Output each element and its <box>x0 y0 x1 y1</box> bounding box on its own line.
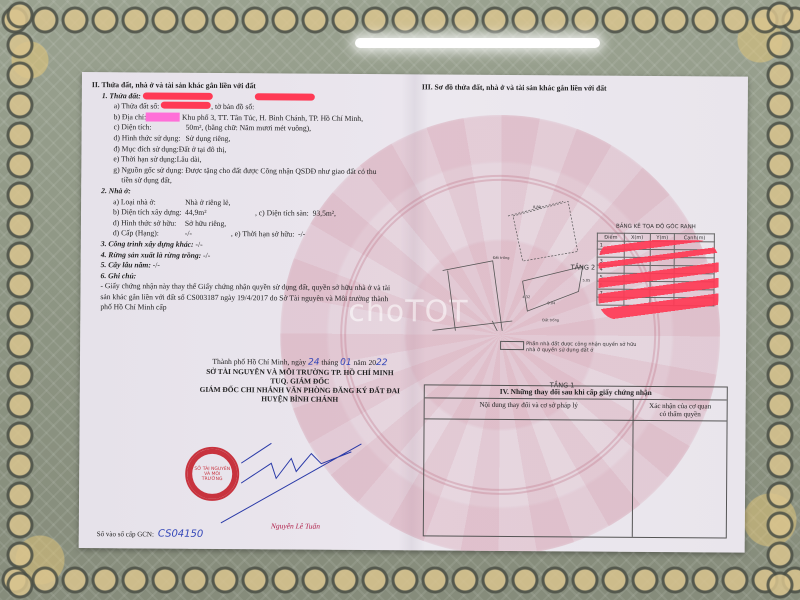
land-certificate: II. Thửa đất, nhà ở và tài sản khác gắn … <box>79 72 748 553</box>
tablecloth-pattern <box>0 0 800 40</box>
redaction-scribble <box>598 240 719 321</box>
right-page: III. Sơ đồ thửa đất, nhà ở và tài sản kh… <box>422 82 742 93</box>
notes-text: - Giấy chứng nhận này thay thế Giấy chứn… <box>90 281 390 315</box>
signature <box>201 423 382 534</box>
signer-title-district: HUYỆN BÌNH CHÁNH <box>190 394 410 405</box>
svg-text:5.05: 5.05 <box>583 278 591 282</box>
redaction-mark <box>146 112 180 121</box>
svg-text:Đất trống: Đất trống <box>542 318 559 322</box>
tablecloth-pattern <box>0 560 800 600</box>
floor-2-label: TẦNG 2 <box>571 263 596 271</box>
tablecloth-pattern <box>0 0 40 600</box>
section-iii-title: III. Sơ đồ thửa đất, nhà ở và tài sản kh… <box>422 82 742 93</box>
redaction-mark <box>255 94 315 101</box>
svg-text:8.89: 8.89 <box>533 205 541 209</box>
signer-name: Nguyễn Lê Tuấn <box>271 521 320 530</box>
left-page: II. Thửa đất, nhà ở và tài sản khác gắn … <box>90 80 412 315</box>
tablecloth-pattern <box>760 0 800 600</box>
coord-table-title: BẢNG KÊ TỌA ĐỘ GÓC RANH <box>597 224 715 231</box>
light-glare <box>355 38 600 48</box>
signing-block: Thành phố Hồ Chí Minh, ngày 24 tháng 01 … <box>190 357 410 405</box>
svg-text:4.32: 4.32 <box>522 295 530 299</box>
svg-text:9.04: 9.04 <box>547 301 556 305</box>
redaction-mark <box>161 102 211 109</box>
legend-swatch <box>500 341 524 350</box>
svg-text:Đất trống: Đất trống <box>493 256 510 260</box>
parcel-diagram: 8.89 9.04 5.05 4.32 Đất trống Đất trống <box>432 160 593 331</box>
diagram-legend: Phần nhà đất được công nhận quyền sở hữu… <box>500 341 646 354</box>
certificate-serial: Số vào sổ cấp GCN:CS04150 <box>97 528 204 540</box>
redaction-mark <box>143 93 213 100</box>
changes-table: IV. Những thay đổi sau khi cấp giấy chứn… <box>423 384 728 538</box>
